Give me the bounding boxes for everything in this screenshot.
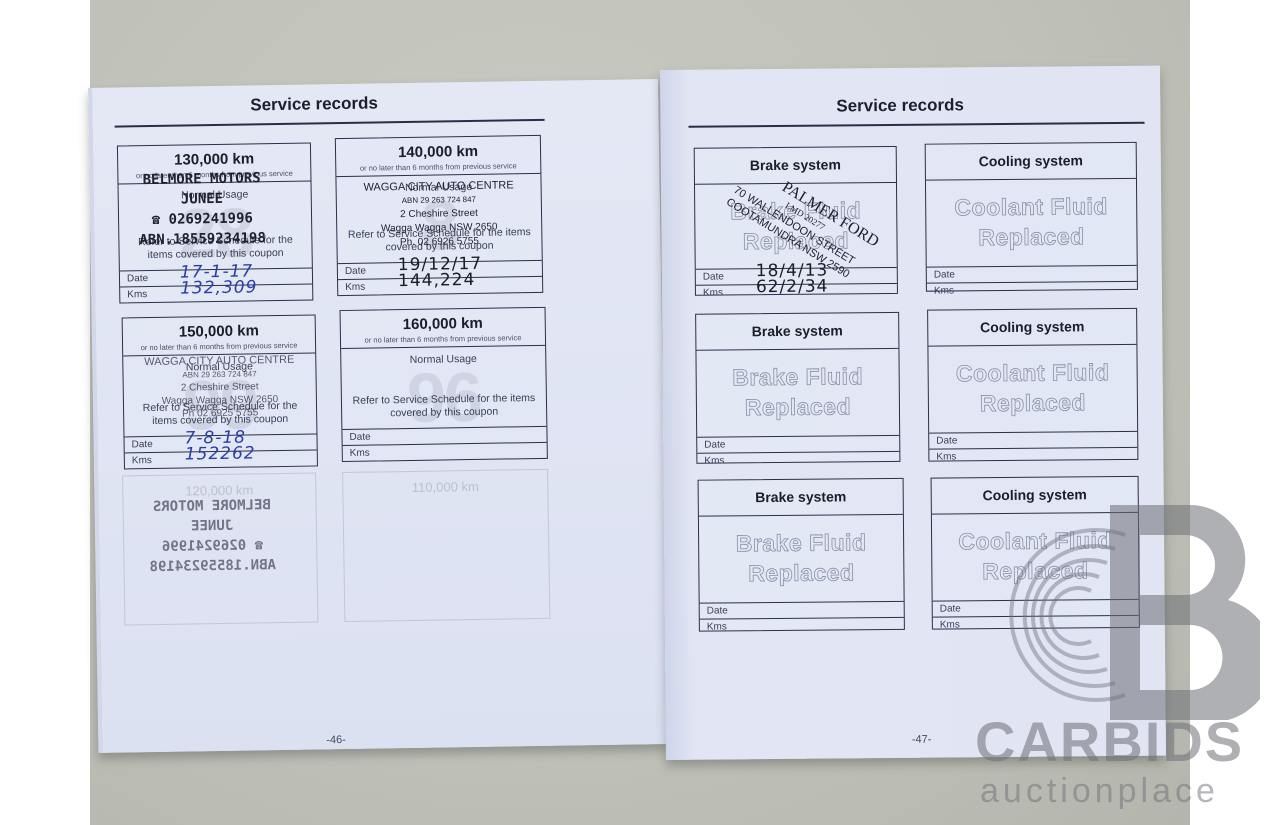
service-coupon-160000: 160,000 kmor no later than 6 months from… <box>340 307 548 462</box>
show-through-coupon: 110,000 km <box>342 469 550 622</box>
page-title: Service records <box>250 93 378 115</box>
mirrored-stamp: BELMORE MOTORS JUNEE ☎ 0269241996 ABN.18… <box>148 495 276 577</box>
kms-row: Kms132,309 <box>120 284 312 303</box>
dealer-stamp: WAGGA CITY AUTO CENTRE ABN 29 263 724 84… <box>336 178 541 251</box>
kms-value: 152262 <box>185 446 256 462</box>
tagline-watermark: auctionplace <box>980 772 1219 811</box>
service-coupon-140000: 140,000 kmor no later than 6 months from… <box>335 135 543 296</box>
phone-icon: ☎ <box>152 212 161 228</box>
page-title: Service records <box>836 95 964 116</box>
kms-value: 144,224 <box>398 273 476 289</box>
service-coupon-130000: 130,000 kmor no later than 6 months from… <box>117 143 313 304</box>
brand-watermark: CARBIDS <box>975 712 1244 772</box>
title-rule <box>115 119 545 127</box>
brake-system-coupon: Brake system Brake Fluid Replaced Date18… <box>694 146 898 296</box>
cooling-system-coupon: Cooling system Coolant Fluid Replaced Da… <box>927 308 1138 462</box>
kms-value: 62/2/34 <box>756 280 829 296</box>
page-number: -46- <box>326 734 346 746</box>
brake-system-coupon: Brake system Brake Fluid Replaced Date K… <box>698 478 905 632</box>
title-rule <box>688 122 1144 127</box>
service-coupon-150000: 150,000 kmor no later than 6 months from… <box>122 314 318 469</box>
dealer-stamp: BELMORE MOTORS JUNEE ☎ 0269241996 ABN.18… <box>138 168 266 250</box>
left-page: Service records 120,000 km 110,000 km BE… <box>88 79 668 753</box>
dealer-stamp: WAGGA CITY AUTO CENTRE ABN 29 263 724 84… <box>123 353 316 421</box>
carbids-logo-letter <box>1110 505 1260 720</box>
kms-value: 132,309 <box>180 280 258 296</box>
cooling-system-coupon: Cooling system Coolant Fluid Replaced Da… <box>925 142 1138 292</box>
page-number: -47- <box>912 734 932 746</box>
brake-system-coupon: Brake system Brake Fluid Replaced Date K… <box>695 312 900 464</box>
